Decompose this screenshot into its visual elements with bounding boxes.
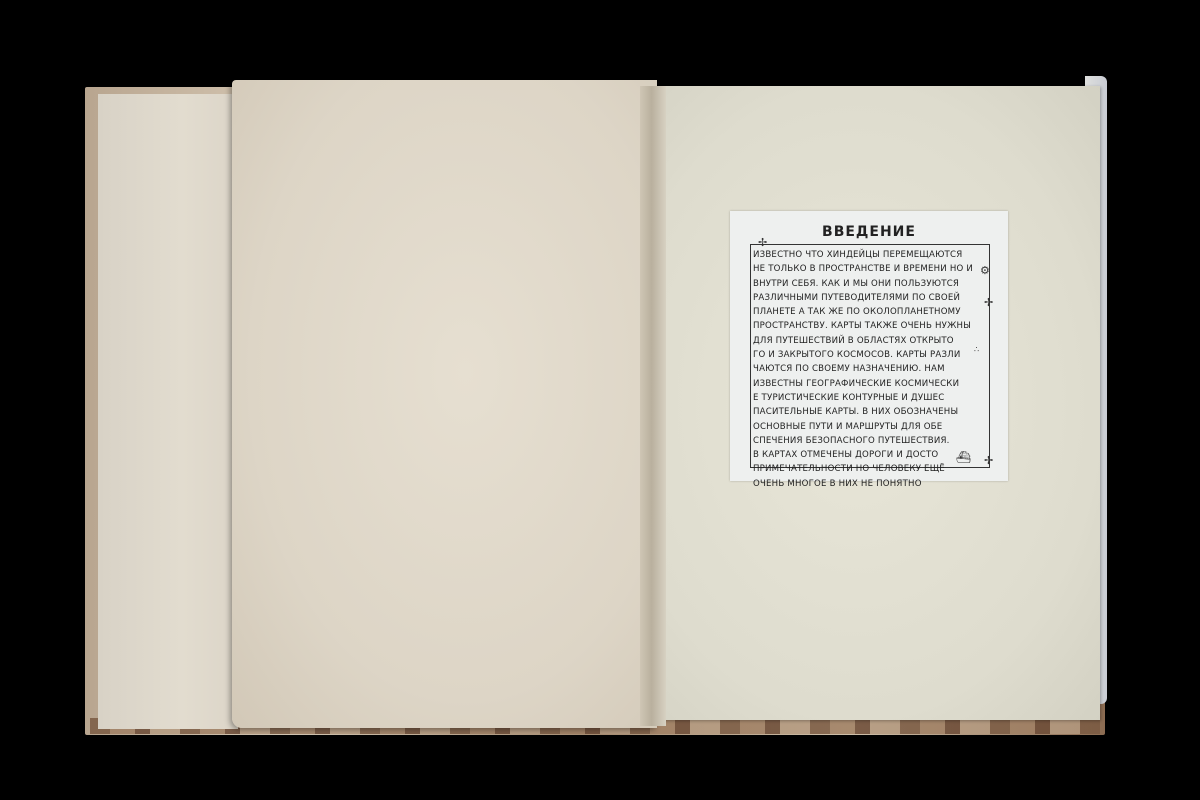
- card-line: планете а так же по околопланетному: [753, 305, 989, 319]
- card-line: го и закрытого космосов. Карты разли: [753, 348, 989, 362]
- card-body: Известно что хинДейцы перемещаются не то…: [753, 248, 989, 491]
- card-line: основные пути и маршруты для обе: [753, 420, 989, 434]
- left-endpaper: [98, 94, 238, 729]
- card-line: пространству. Карты также очень нужны: [753, 319, 989, 333]
- dots-doodle-icon: ∴: [974, 346, 979, 354]
- card-line: е туристические контурные и душес: [753, 391, 989, 405]
- card-line: внутри себя. Как и мы они пользуются: [753, 277, 989, 291]
- star-doodle-icon: ✢: [984, 297, 993, 308]
- card-line: очень многое в них не понятно: [753, 477, 989, 491]
- sparkle-doodle-icon: ✢: [984, 455, 993, 466]
- left-page-blank: [232, 80, 657, 728]
- card-line: В картах отмечены дороги и досто: [753, 448, 989, 462]
- card-line: пасительные карты. В них обозначены: [753, 405, 989, 419]
- card-line: различными путеводителями по своей: [753, 291, 989, 305]
- card-line: чаются по своему назначению. Нам: [753, 362, 989, 376]
- card-line: для путешествий в областях открыто: [753, 334, 989, 348]
- ship-doodle-icon: ⛴: [956, 451, 971, 463]
- card-line: известны географические космически: [753, 377, 989, 391]
- book-gutter: [640, 86, 666, 726]
- sparkle-doodle-icon: ✢: [758, 237, 767, 248]
- card-line: спечения безопасного путешествия.: [753, 434, 989, 448]
- card-line: не только в пространстве и времени но и: [753, 262, 989, 276]
- card-title: ВВЕДЕНИЕ: [730, 224, 1008, 240]
- card-line: примечательности но человеку ещё: [753, 462, 989, 476]
- machine-doodle-icon: ⚙: [980, 265, 990, 276]
- card-line: Известно что хинДейцы перемещаются: [753, 248, 989, 262]
- introduction-card: ВВЕДЕНИЕ Известно что хинДейцы перемещаю…: [730, 211, 1008, 481]
